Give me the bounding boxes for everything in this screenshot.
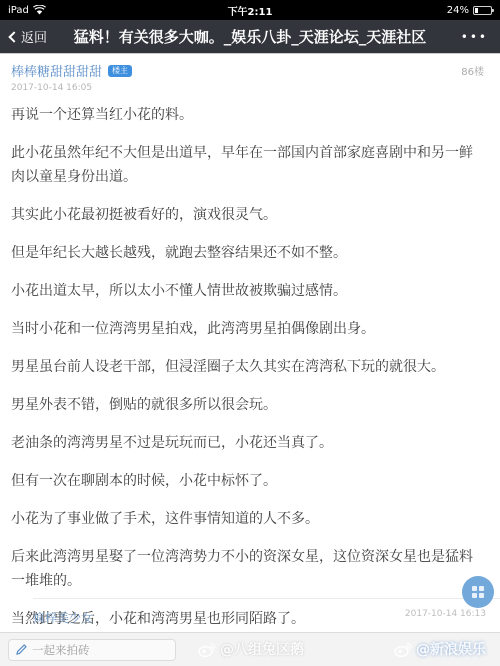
post-paragraph: 此小花虽然年纪不大但是出道早，早年在一部国内首部家庭喜剧中和另一鲜肉以童星身份出… [11, 141, 486, 189]
nav-bar: 返回 猛料！有关很多大咖。_娱乐八卦_天涯论坛_天涯社区 ••• [0, 20, 500, 54]
back-label: 返回 [21, 27, 47, 46]
battery-icon [473, 6, 492, 15]
post-author-link[interactable]: 棒棒糖甜甜甜甜 [11, 61, 102, 80]
reply-timestamp: 2017-10-14 16:13 [405, 609, 486, 619]
battery-percent: 24% [447, 5, 469, 16]
more-options-button[interactable]: ••• [461, 30, 488, 44]
wifi-icon [33, 5, 46, 15]
post-paragraph: 小花出道太早，所以太小不懂人情世故被欺骗过感情。 [11, 279, 486, 303]
post-paragraph: 但有一次在聊剧本的时候，小花中标怀了。 [11, 469, 486, 493]
post-paragraph: 但是年纪长大越长越残，就跑去整容结果还不如不整。 [11, 241, 486, 265]
post-paragraph: 当时小花和一位湾湾男星拍戏，此湾湾男星拍偶像剧出身。 [11, 317, 486, 341]
post-body: 再说一个还算当红小花的料。 此小花虽然年纪不大但是出道早，早年在一部国内首部家庭… [0, 93, 500, 631]
post-header: 棒棒糖甜甜甜甜 楼主 86楼 2017-10-14 16:05 [0, 55, 500, 93]
watermark-right-text: @新浪娱乐 [416, 639, 486, 659]
thread-content: 棒棒糖甜甜甜甜 楼主 86楼 2017-10-14 16:05 再说一个还算当红… [0, 55, 500, 632]
device-label: iPad [8, 5, 29, 16]
op-badge: 楼主 [108, 65, 132, 77]
status-bar: iPad 下午2:11 24% [0, 0, 500, 20]
weibo-icon [394, 642, 412, 657]
watermark-right: @新浪娱乐 [394, 639, 486, 659]
floor-number: 86楼 [461, 63, 484, 78]
post-paragraph: 男星外表不错，倒贴的就很多所以很会玩。 [11, 393, 486, 417]
back-button[interactable]: 返回 [0, 27, 57, 46]
post-paragraph: 小花为了事业做了手术，这件事情知道的人不多。 [11, 507, 486, 531]
post-paragraph: 老油条的湾湾男星不过是玩玩而已，小花还当真了。 [11, 431, 486, 455]
weibo-icon [198, 642, 216, 657]
pencil-icon [16, 644, 27, 655]
reply-composer[interactable] [8, 639, 176, 661]
watermark-center-text: @八组兔区鹅 [220, 639, 304, 659]
post-paragraph: 再说一个还算当红小花的料。 [11, 103, 486, 127]
post-timestamp: 2017-10-14 16:05 [11, 83, 488, 93]
chevron-left-icon [8, 31, 19, 42]
clock: 下午2:11 [128, 3, 372, 18]
post-paragraph: 其实此小花最初挺被看好的，演戏很灵气。 [11, 203, 486, 227]
watermark-center: @八组兔区鹅 [198, 639, 304, 659]
post-paragraph: 男星虽台前人设老干部，但浸淫圈子太久其实在湾湾私下玩的就很大。 [11, 355, 486, 379]
page-title: 猛料！有关很多大咖。_娱乐八卦_天涯论坛_天涯社区 [70, 26, 430, 47]
app-screen: iPad 下午2:11 24% 返回 猛料！有关很多大咖。_娱乐八卦_天涯论坛_… [0, 0, 500, 666]
reply-input[interactable] [32, 643, 152, 657]
grid-icon [472, 586, 477, 591]
reply-author-link[interactable]: 疯梓美少女 [33, 611, 93, 625]
bottom-bar: @八组兔区鹅 @新浪娱乐 [0, 632, 500, 666]
reply-divider [33, 598, 500, 599]
post-paragraph: 后来此湾湾男星娶了一位湾湾势力不小的资深女星，这位资深女星也是猛料一堆堆的。 [11, 545, 486, 593]
